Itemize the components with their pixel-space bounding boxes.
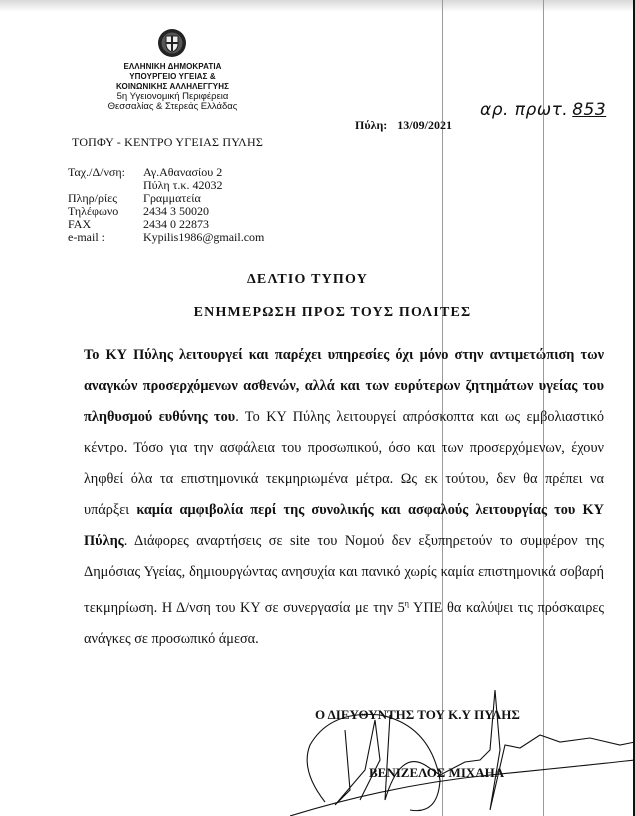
document-subtitle: ΕΝΗΜΕΡΩΣΗ ΠΡΟΣ ΤΟΥΣ ΠΟΛΙΤΕΣ — [15, 305, 635, 321]
protocol-label: αρ. πρωτ. — [480, 100, 568, 120]
protocol-number-handwritten: αρ. πρωτ.853 — [480, 100, 606, 120]
letterhead-line: ΥΠΟΥΡΓΕΙΟ ΥΓΕΙΑΣ & — [100, 72, 245, 82]
contact-label: e-mail : — [68, 231, 143, 244]
letterhead: ΕΛΛΗΝΙΚΗ ΔΗΜΟΚΡΑΤΙΑ ΥΠΟΥΡΓΕΙΟ ΥΓΕΙΑΣ & Κ… — [100, 62, 245, 112]
unit-name: ΤΟΠΦΥ - ΚΕΝΤΡΟ ΥΓΕΙΑΣ ΠΥΛΗΣ — [72, 135, 263, 150]
protocol-number: 853 — [572, 100, 606, 120]
press-release-body: Το ΚΥ Πύλης λειτουργεί και παρέχει υπηρε… — [84, 340, 604, 655]
handwritten-signature-icon — [290, 690, 635, 816]
contact-row: e-mail :Kypilis1986@gmail.com — [68, 231, 264, 244]
greek-coat-of-arms-icon — [157, 28, 187, 58]
place-date: Πύλη:13/09/2021 — [355, 118, 452, 133]
scan-top-shadow — [0, 0, 635, 12]
contact-email: Kypilis1986@gmail.com — [143, 231, 264, 244]
city-label: Πύλη: — [355, 118, 387, 132]
date: 13/09/2021 — [397, 118, 452, 132]
letterhead-line: ΕΛΛΗΝΙΚΗ ΔΗΜΟΚΡΑΤΙΑ — [100, 62, 245, 72]
contact-label: Ταχ./Δ/νση: — [68, 166, 143, 179]
letterhead-line: Θεσσαλίας & Στερεάς Ελλάδας — [100, 102, 245, 112]
document-title: ΔΕΛΤΙΟ ΤΥΠΟΥ — [0, 272, 625, 288]
contact-block: Ταχ./Δ/νση:Αγ.Αθανασίου 2 Πύλη τ.κ. 4203… — [68, 166, 264, 244]
